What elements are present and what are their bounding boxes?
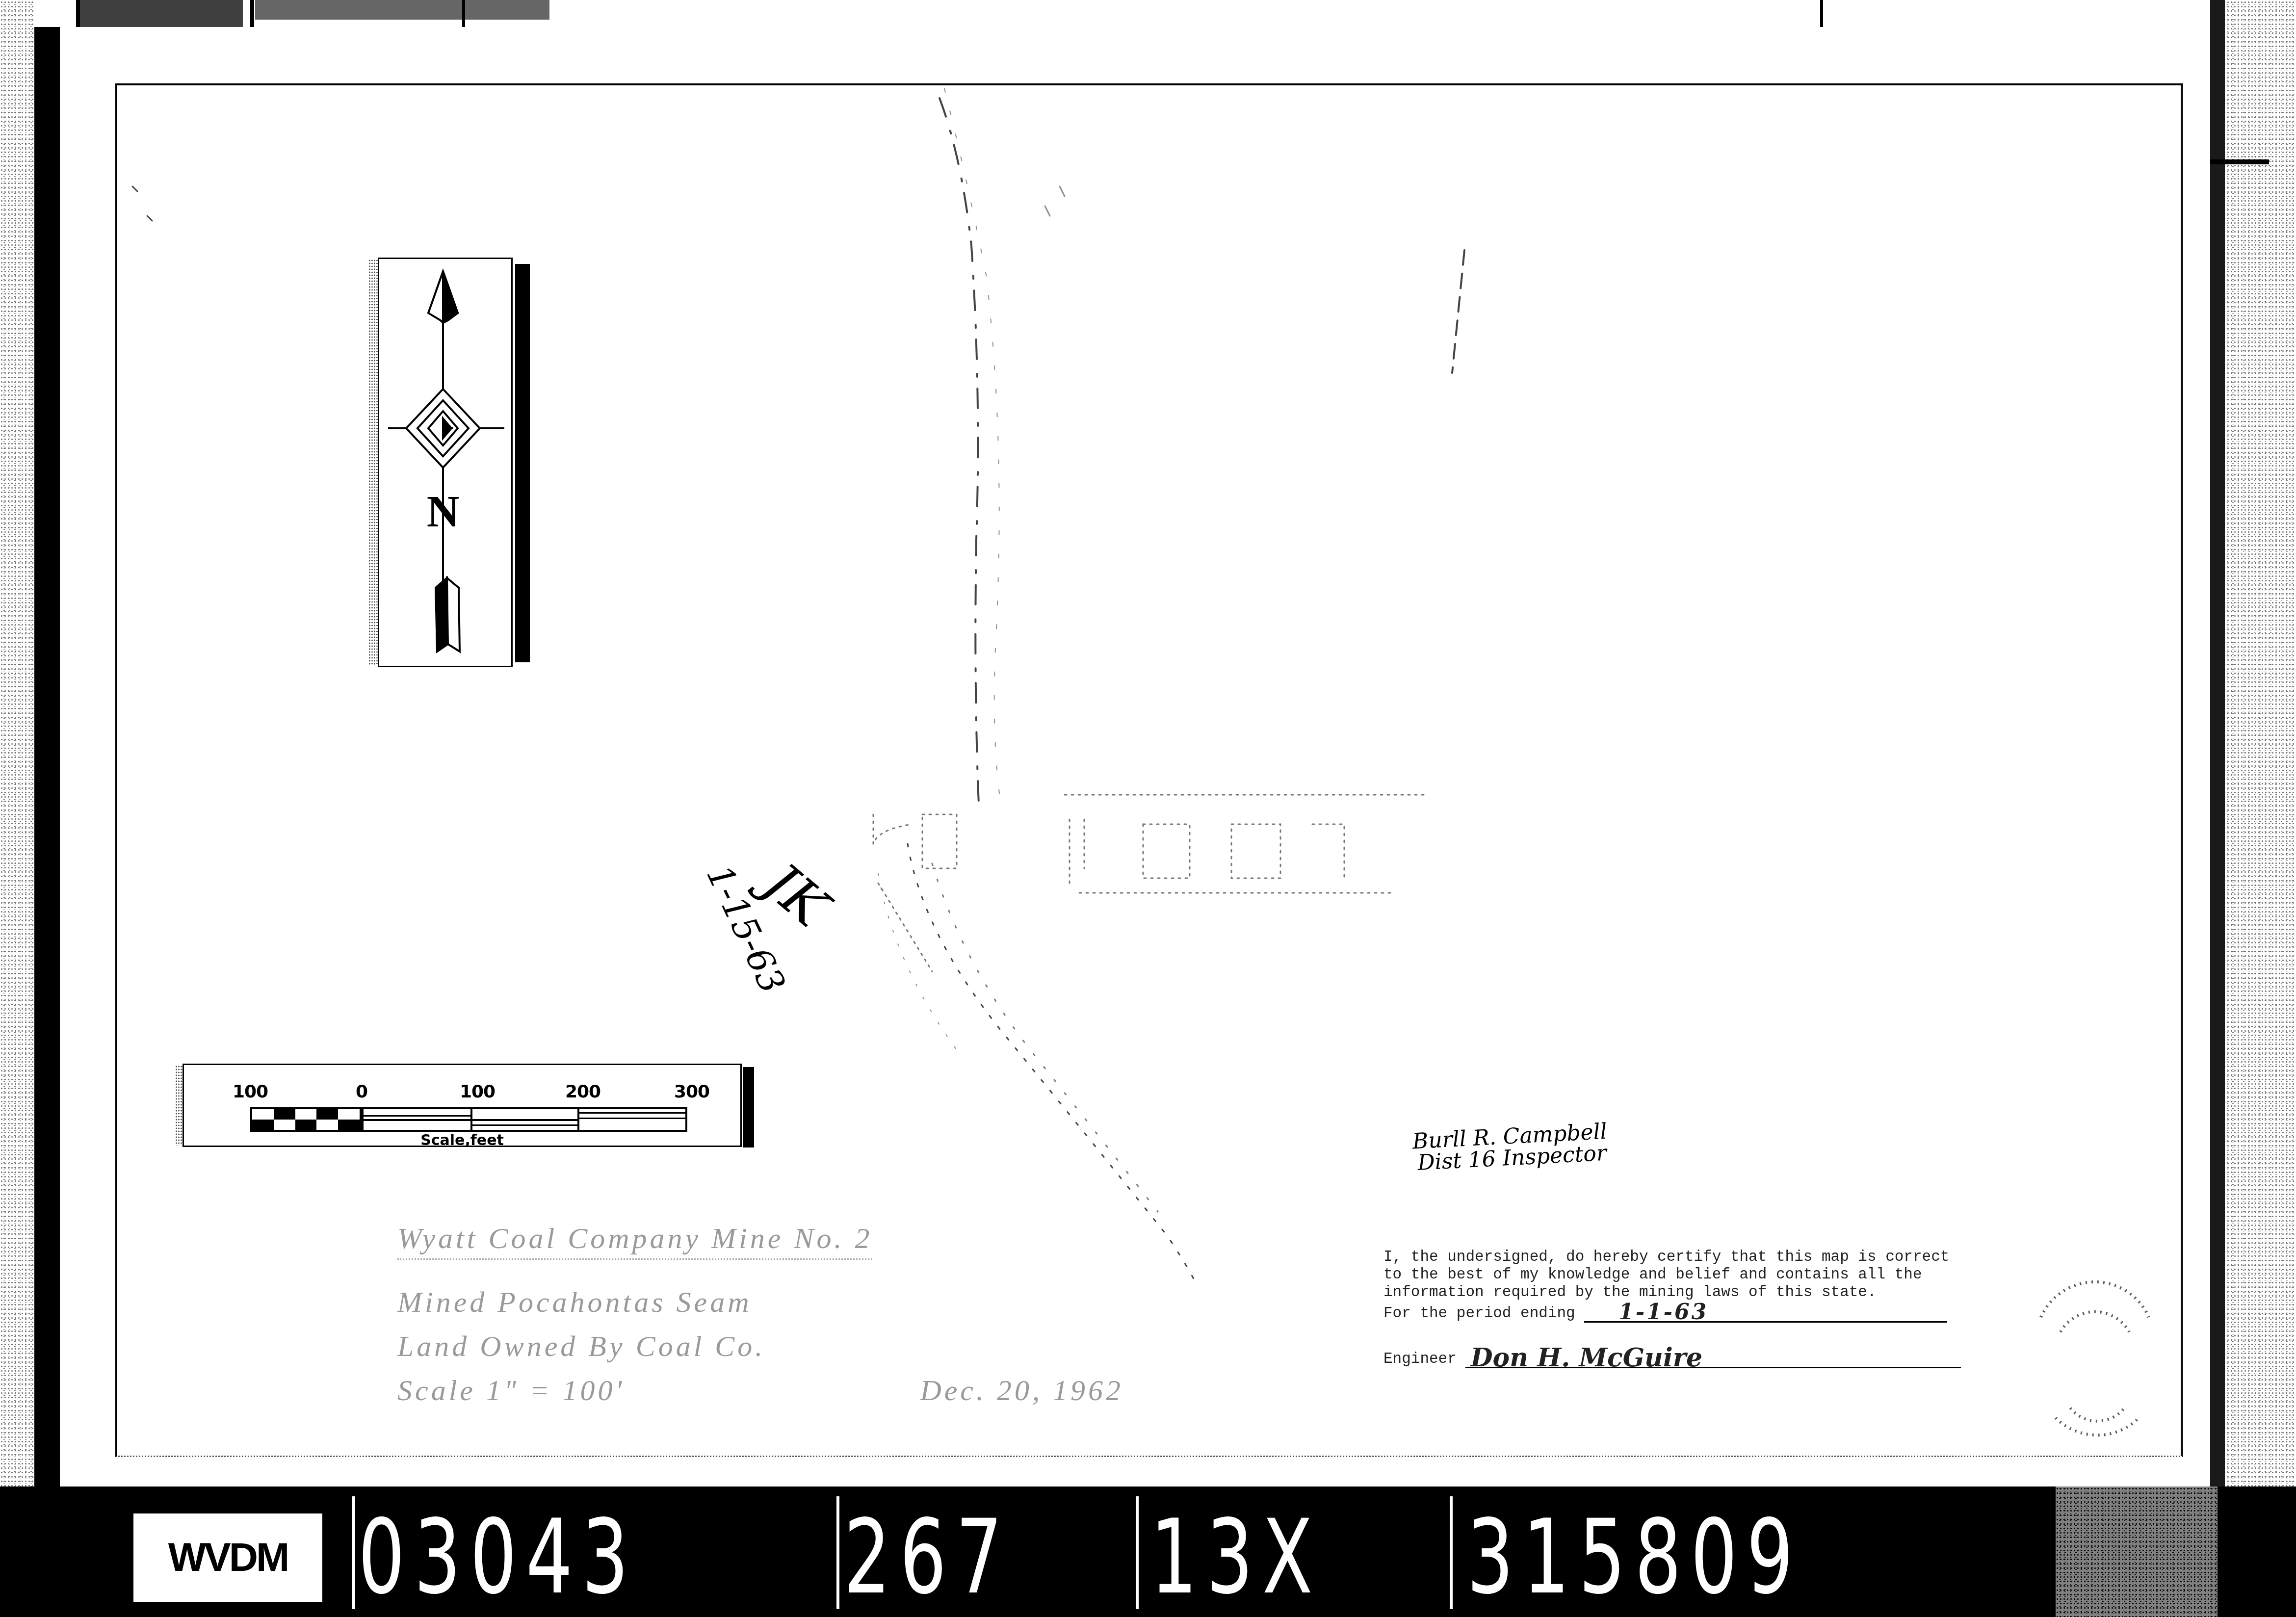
certification-block: I, the undersigned, do hereby certify th… (1383, 1249, 1987, 1376)
film-number: 267 (844, 1501, 1012, 1614)
scale-segment (577, 1107, 687, 1132)
scale-tick: 100 (460, 1082, 495, 1102)
period-label: For the period ending (1383, 1305, 1575, 1322)
period-value: 1-1-63 (1618, 1304, 1708, 1321)
title-date: Dec. 20, 1962 (920, 1374, 1123, 1408)
seal-stamp-icon (2011, 1276, 2173, 1437)
scale-bar: 100 0 100 200 300 Scale,feet (183, 1064, 742, 1147)
film-label: WVDM (133, 1513, 322, 1602)
inspector-signature: Burll R. Campbell Dist 16 Inspector (1412, 1121, 1609, 1174)
scale-tick: 200 (565, 1082, 600, 1102)
north-label: N (427, 486, 459, 536)
film-number: 03043 (358, 1501, 638, 1614)
engineer-signature: Don H. McGuire (1470, 1349, 1702, 1367)
scale-segment (470, 1107, 579, 1132)
title-line: Wyatt Coal Company Mine No. 2 (397, 1222, 872, 1260)
film-number: 315809 (1467, 1501, 1802, 1614)
microfilm-strip: WVDM 03043 267 13X 315809 (0, 1487, 2296, 1617)
scale-tick: 300 (674, 1082, 709, 1102)
certification-text: I, the undersigned, do hereby certify th… (1383, 1249, 1987, 1266)
title-line: Land Owned By Coal Co. (397, 1330, 765, 1363)
title-line: Scale 1" = 100' (397, 1374, 625, 1408)
north-arrow-panel: N (378, 258, 513, 667)
title-block: Wyatt Coal Company Mine No. 2 Mined Poca… (397, 1222, 1123, 1418)
engineer-signature-field: Don H. McGuire (1465, 1349, 1961, 1368)
scale-checker-segment (250, 1107, 362, 1132)
certification-text: information required by the mining laws … (1383, 1284, 1987, 1302)
certification-text: to the best of my knowledge and belief a… (1383, 1266, 1987, 1284)
scale-segment (362, 1107, 472, 1132)
scale-tick: 0 (356, 1082, 367, 1102)
scale-caption: Scale,feet (184, 1132, 740, 1149)
engineer-label: Engineer (1383, 1351, 1457, 1368)
title-line: Mined Pocahontas Seam (397, 1285, 752, 1319)
period-field: 1-1-63 (1584, 1304, 1947, 1323)
north-arrow-icon: N (379, 259, 514, 669)
film-number: 13X (1150, 1501, 1322, 1614)
scale-tick: 100 (233, 1082, 268, 1102)
